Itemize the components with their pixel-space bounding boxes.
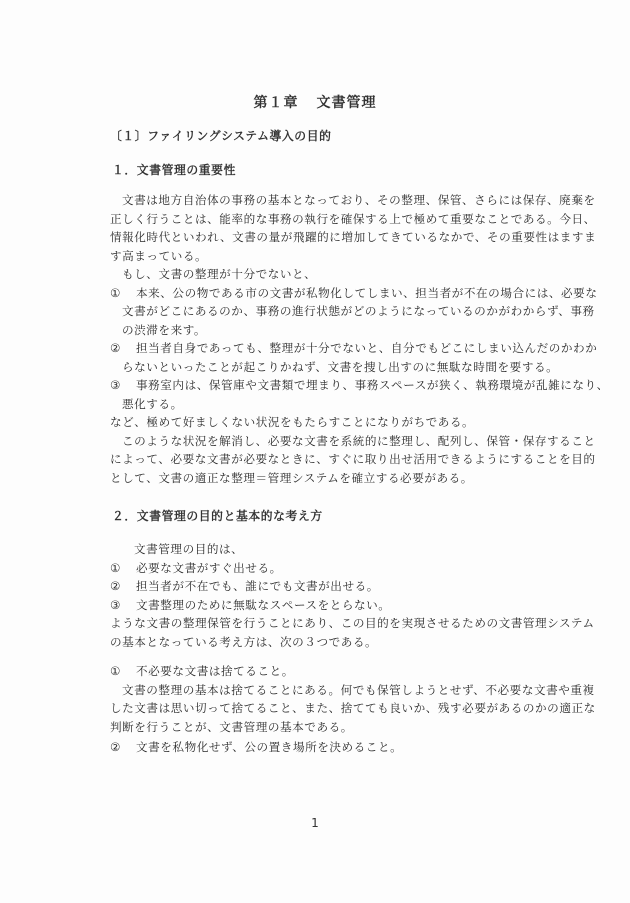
goal-item-1: ①必要な文書がすぐ出せる。: [110, 561, 282, 575]
item-marker: ③: [110, 378, 136, 392]
list-item-continuation: 悪化する。: [122, 397, 183, 411]
paragraph-line: す高まっている。: [110, 249, 207, 263]
intro-line: もし、文書の整理が十分でないと、: [122, 267, 316, 281]
chapter-number: 第１章: [254, 95, 299, 111]
summary-line: の基本となっている考え方は、次の３つである。: [110, 635, 377, 649]
paragraph-line: 正しく行うことは、能率的な事務の執行を確保する上で極めて重要なことである。今日、: [110, 212, 596, 226]
principle-body-line: した文書は思い切って捨てること、また、捨てても良いか、残す必要があるのかの適正な: [110, 701, 596, 715]
intro-line: 文書管理の目的は、: [134, 542, 243, 556]
list-item-continuation: らないといったことが起こりかねず、文書を捜し出すのに無駄な時間を要する。: [122, 360, 558, 374]
chapter-title: 第１章文書管理: [0, 92, 630, 112]
page-number: 1: [0, 816, 630, 830]
item-marker: ①: [110, 561, 136, 575]
list-item-continuation: 文書がどこにあるのか、事務の進行状態がどのようになっているのかがわからず、事務: [122, 304, 595, 318]
item-marker: ①: [110, 286, 136, 300]
principle-body-line: 判断を行うことが、文書管理の基本である。: [110, 720, 353, 734]
summary-line: ような文書の整理保管を行うことにあり、この目的を実現させるための文書管理システム: [110, 616, 595, 630]
list-item-1: ①本来、公の物である市の文書が私物化してしまい、担当者が不在の場合には、必要な: [110, 286, 597, 300]
item-marker: ③: [110, 598, 136, 612]
paragraph-line: として、文書の適正な整理＝管理システムを確立する必要がある。: [110, 471, 473, 485]
chapter-title-text: 文書管理: [317, 95, 377, 111]
item-marker: ②: [110, 740, 136, 754]
goal-item-3: ③文書整理のために無駄なスペースをとらない。: [110, 598, 390, 612]
subsection-2-heading: ２．文書管理の目的と基本的な考え方: [112, 507, 323, 524]
paragraph-line: によって、必要な文書が必要なときに、すぐに取り出せ活用できるようにすることを目的: [110, 452, 596, 466]
principle-1-title: ①不必要な文書は捨てること。: [110, 664, 294, 678]
subsection-1-heading: １．文書管理の重要性: [112, 161, 236, 178]
section-label: 〔１〕ファイリングシステム導入の目的: [110, 127, 332, 144]
document-page: 第１章文書管理 〔１〕ファイリングシステム導入の目的 １．文書管理の重要性 文書…: [0, 0, 630, 903]
item-marker: ①: [110, 664, 136, 678]
item-marker: ②: [110, 579, 136, 593]
goal-item-2: ②担当者が不在でも、誰にでも文書が出せる。: [110, 579, 379, 593]
paragraph-line: 文書は地方自治体の事務の基本となっており、その整理、保管、さらには保存、廃棄を: [122, 193, 596, 207]
list-item-2: ②担当者自身であっても、整理が十分でないと、自分でもどこにしまい込んだのかわか: [110, 341, 597, 355]
principle-2-title: ②文書を私物化せず、公の置き場所を決めること。: [110, 740, 402, 754]
paragraph-line: このような状況を解消し、必要な文書を系統的に整理し、配列し、保管・保存すること: [122, 434, 596, 448]
conclusion-line: など、極めて好ましくない状況をもたらすことになりがちである。: [110, 415, 474, 429]
item-marker: ②: [110, 341, 136, 355]
list-item-3: ③事務室内は、保管庫や文書類で埋まり、事務スペースが狭く、執務環境が乱雑になり、: [110, 378, 609, 392]
paragraph-line: 情報化時代といわれ、文書の量が飛躍的に増加してきているなかで、その重要性はますま: [110, 230, 596, 244]
principle-body-line: 文書の整理の基本は捨てることにある。何でも保管しようとせず、不必要な文書や重複: [122, 683, 595, 697]
list-item-continuation: の渋滞を来す。: [122, 323, 206, 337]
